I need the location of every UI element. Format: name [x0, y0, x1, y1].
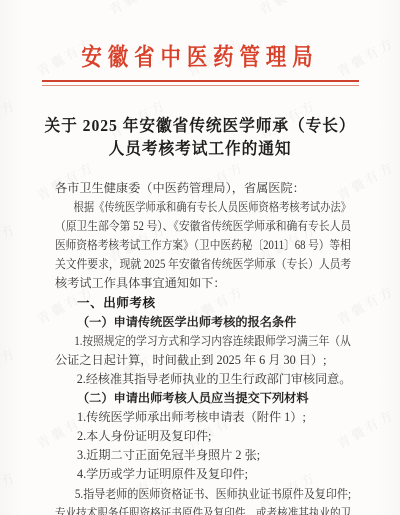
watermark-text: 青囊有方: [0, 0, 20, 18]
document-line: 公证之日起计算，时间截止到 2025 年 6 月 30 日）;: [55, 351, 351, 370]
document-line: 医师资格考核考试工作方案》（卫中医药秘〔2011〕68 号）等相: [55, 236, 314, 255]
document-line: 4.学历或学力证明原件及复印件;: [55, 465, 351, 484]
letterhead-divider-thin-line: [42, 85, 359, 86]
document-line: 1.传统医学师承出师考核申请表（附件 1）;: [55, 408, 351, 427]
document-body: 各市卫生健康委（中医药管理局），省属医院：根据《传统医学师承和确有专长人员医师资…: [55, 179, 351, 515]
document-line: 1.按照规定的学习方式和学习内容连续跟师学习满三年（从: [55, 332, 316, 351]
document-line: 核考试工作具体事宜通知如下：: [55, 274, 351, 293]
document-line: （二）申请出师考核人员应当提交下列材料: [55, 389, 351, 408]
watermark-text: 青囊有方: [0, 218, 20, 266]
document-page: 青囊有方青囊有方青囊有方青囊有方青囊有方青囊有方青囊有方青囊有方青囊有方青囊有方…: [0, 0, 400, 515]
agency-letterhead-title: 安徽省中医药管理局: [30, 37, 370, 72]
document-title: 关于 2025 年安徽省传统医学师承（专长） 人员考核考试工作的通知: [0, 114, 400, 160]
document-line: 5.指导老师的医师资格证书、医师执业证书原件及复印件;: [55, 485, 323, 504]
watermark-text: 青囊有方: [0, 466, 20, 514]
document-line: 3.近期二寸正面免冠半身照片 2 张;: [55, 446, 351, 465]
document-line: 关文件要求，现就 2025 年安徽省传统医学师承（专长）人员考: [55, 255, 317, 274]
letterhead-divider: [42, 80, 359, 86]
document-title-line-1: 关于 2025 年安徽省传统医学师承（专长）: [10, 114, 390, 137]
document-line: 专业技术职务任职资格证书原件及复印件，或者核准其执业的卫: [55, 504, 312, 515]
document-title-line-2: 人员考核考试工作的通知: [10, 137, 390, 160]
document-line: （原卫生部令第 52 号）、《安徽省传统医学师承和确有专长人员: [55, 217, 317, 236]
watermark-text: 青囊有方: [105, 0, 170, 18]
document-line: 2.经核准其指导老师执业的卫生行政部门审核同意。: [55, 370, 348, 389]
letterhead-divider-thick-line: [42, 80, 359, 82]
document-line: 2.本人身份证明及复印件;: [55, 427, 351, 446]
document-line: 各市卫生健康委（中医药管理局），省属医院：: [55, 179, 351, 198]
watermark-text: 青囊有方: [0, 342, 20, 390]
watermark-text: 青囊有方: [255, 0, 320, 18]
document-line: 一、出师考核: [55, 294, 351, 313]
document-line: （一）申请传统医学出师考核的报名条件: [55, 313, 351, 332]
document-line: 根据《传统医学师承和确有专长人员医师资格考核考试办法》: [55, 198, 305, 217]
